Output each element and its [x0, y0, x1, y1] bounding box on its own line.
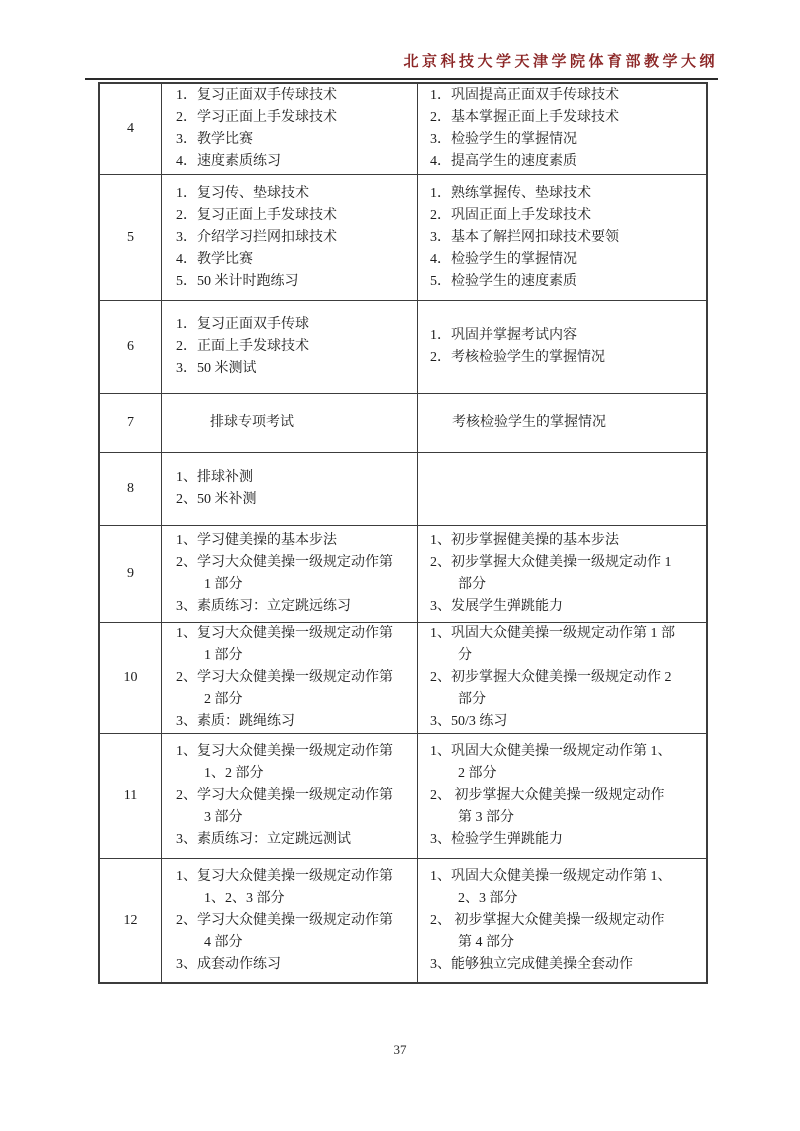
list-item: 2、 初步掌握大众健美操一级规定动作第 3 部分 [430, 785, 676, 829]
list-item: 1．巩固提高正面双手传球技术 [430, 85, 676, 107]
teaching-content-cell: 1、复习大众健美操一级规定动作第 1、2 部分 2、学习大众健美操一级规定动作第… [162, 734, 418, 858]
list-item: 考核检验学生的掌握情况 [430, 412, 676, 434]
teaching-content-cell: 1、复习大众健美操一级规定动作第 1 部分 2、学习大众健美操一级规定动作第 2… [162, 623, 418, 733]
list-item: 2、初步掌握大众健美操一级规定动作 1 部分 [430, 552, 676, 596]
list-item: 3、素质练习：立定跳远测试 [176, 829, 401, 851]
list-item: 3、素质：跳绳练习 [176, 711, 401, 733]
list-item: 3．介绍学习拦网扣球技术 [176, 227, 401, 249]
list-item: 2．巩固正面上手发球技术 [430, 205, 676, 227]
list-item: 2、学习大众健美操一级规定动作第 4 部分 [176, 910, 401, 954]
teaching-objectives-cell: 1．巩固并掌握考试内容 2．考核检验学生的掌握情况 [418, 301, 706, 393]
list-item: 1、巩固大众健美操一级规定动作第 1 部分 [430, 623, 676, 667]
teaching-objectives-cell: 1．熟练掌握传、垫球技术 2．巩固正面上手发球技术 3．基本了解拦网扣球技术要领… [418, 175, 706, 300]
week-number: 11 [100, 734, 162, 858]
document-title: 北京科技大学天津学院体育部教学大纲 [85, 50, 718, 80]
list-item: 4．检验学生的掌握情况 [430, 249, 676, 271]
teaching-content-cell: 1．复习正面双手传球技术 2．学习正面上手发球技术 3．教学比赛 4．速度素质练… [162, 84, 418, 174]
list-item: 1．熟练掌握传、垫球技术 [430, 183, 676, 205]
teaching-objectives-cell: 1、巩固大众健美操一级规定动作第 1、2、3 部分 2、 初步掌握大众健美操一级… [418, 859, 706, 982]
table-row: 12 1、复习大众健美操一级规定动作第 1、2、3 部分 2、学习大众健美操一级… [100, 858, 706, 982]
table-row: 11 1、复习大众健美操一级规定动作第 1、2 部分 2、学习大众健美操一级规定… [100, 733, 706, 858]
list-item: 1、巩固大众健美操一级规定动作第 1、2、3 部分 [430, 866, 676, 910]
list-item: 3、发展学生弹跳能力 [430, 596, 676, 618]
list-item: 1、复习大众健美操一级规定动作第 1 部分 [176, 623, 401, 667]
list-item: 1、巩固大众健美操一级规定动作第 1、2 部分 [430, 741, 676, 785]
list-item: 2．基本掌握正面上手发球技术 [430, 107, 676, 129]
list-item: 2、学习大众健美操一级规定动作第 3 部分 [176, 785, 401, 829]
teaching-objectives-cell: 1、初步掌握健美操的基本步法 2、初步掌握大众健美操一级规定动作 1 部分 3、… [418, 526, 706, 622]
table-row: 8 1、排球补测 2、50 米补测 [100, 452, 706, 525]
list-item: 2、 初步掌握大众健美操一级规定动作 第 4 部分 [430, 910, 676, 954]
teaching-content-cell: 1、复习大众健美操一级规定动作第 1、2、3 部分 2、学习大众健美操一级规定动… [162, 859, 418, 982]
teaching-objectives-cell: 1、巩固大众健美操一级规定动作第 1 部分 2、初步掌握大众健美操一级规定动作 … [418, 623, 706, 733]
week-number: 7 [100, 394, 162, 452]
list-item: 2、初步掌握大众健美操一级规定动作 2 部分 [430, 667, 676, 711]
list-item: 3．检验学生的掌握情况 [430, 129, 676, 151]
list-item: 2、50 米补测 [176, 489, 401, 511]
list-item: 1．复习正面双手传球技术 [176, 85, 401, 107]
list-item: 2、学习大众健美操一级规定动作第 1 部分 [176, 552, 401, 596]
teaching-content-cell: 1．复习正面双手传球 2．正面上手发球技术 3．50 米测试 [162, 301, 418, 393]
list-item: 3．50 米测试 [176, 358, 401, 380]
list-item: 3、能够独立完成健美操全套动作 [430, 954, 676, 976]
list-item: 3、检验学生弹跳能力 [430, 829, 676, 851]
list-item: 5．50 米计时跑练习 [176, 271, 401, 293]
week-number: 5 [100, 175, 162, 300]
week-number: 10 [100, 623, 162, 733]
list-item: 1、初步掌握健美操的基本步法 [430, 530, 676, 552]
table-row: 4 1．复习正面双手传球技术 2．学习正面上手发球技术 3．教学比赛 4．速度素… [100, 84, 706, 174]
list-item: 2、学习大众健美操一级规定动作第 2 部分 [176, 667, 401, 711]
teaching-content-cell: 1、排球补测 2、50 米补测 [162, 453, 418, 525]
teaching-objectives-cell [418, 453, 706, 525]
list-item: 1、复习大众健美操一级规定动作第 1、2 部分 [176, 741, 401, 785]
list-item: 4．提高学生的速度素质 [430, 151, 676, 173]
document-page: 北京科技大学天津学院体育部教学大纲 4 1．复习正面双手传球技术 2．学习正面上… [0, 0, 800, 1131]
list-item: 2．正面上手发球技术 [176, 336, 401, 358]
teaching-objectives-cell: 1．巩固提高正面双手传球技术 2．基本掌握正面上手发球技术 3．检验学生的掌握情… [418, 84, 706, 174]
list-item: 1．巩固并掌握考试内容 [430, 325, 676, 347]
list-item: 2．复习正面上手发球技术 [176, 205, 401, 227]
teaching-objectives-cell: 考核检验学生的掌握情况 [418, 394, 706, 452]
table-row: 9 1、学习健美操的基本步法 2、学习大众健美操一级规定动作第 1 部分 3、素… [100, 525, 706, 622]
table-row: 10 1、复习大众健美操一级规定动作第 1 部分 2、学习大众健美操一级规定动作… [100, 622, 706, 733]
week-number: 12 [100, 859, 162, 982]
week-number: 8 [100, 453, 162, 525]
list-item: 2．考核检验学生的掌握情况 [430, 347, 676, 369]
list-item: 1．复习正面双手传球 [176, 314, 401, 336]
teaching-content-cell: 排球专项考试 [162, 394, 418, 452]
teaching-objectives-cell: 1、巩固大众健美操一级规定动作第 1、2 部分 2、 初步掌握大众健美操一级规定… [418, 734, 706, 858]
list-item: 4．教学比赛 [176, 249, 401, 271]
list-item: 2．学习正面上手发球技术 [176, 107, 401, 129]
week-number: 6 [100, 301, 162, 393]
list-item: 1、复习大众健美操一级规定动作第 1、2、3 部分 [176, 866, 401, 910]
list-item: 1、排球补测 [176, 467, 401, 489]
list-item: 4．速度素质练习 [176, 151, 401, 173]
week-number: 9 [100, 526, 162, 622]
table-row: 5 1．复习传、垫球技术 2．复习正面上手发球技术 3．介绍学习拦网扣球技术 4… [100, 174, 706, 300]
syllabus-table: 4 1．复习正面双手传球技术 2．学习正面上手发球技术 3．教学比赛 4．速度素… [98, 82, 708, 984]
table-row: 6 1．复习正面双手传球 2．正面上手发球技术 3．50 米测试 1．巩固并掌握… [100, 300, 706, 393]
list-item: 5．检验学生的速度素质 [430, 271, 676, 293]
list-item: 3、素质练习：立定跳远练习 [176, 596, 401, 618]
list-item: 3．教学比赛 [176, 129, 401, 151]
table-row: 7 排球专项考试 考核检验学生的掌握情况 [100, 393, 706, 452]
list-item: 1．复习传、垫球技术 [176, 183, 401, 205]
page-number: 37 [0, 1042, 800, 1058]
week-number: 4 [100, 84, 162, 174]
list-item: 排球专项考试 [176, 412, 401, 434]
list-item: 3．基本了解拦网扣球技术要领 [430, 227, 676, 249]
list-item: 3、50/3 练习 [430, 711, 676, 733]
teaching-content-cell: 1、学习健美操的基本步法 2、学习大众健美操一级规定动作第 1 部分 3、素质练… [162, 526, 418, 622]
list-item: 3、成套动作练习 [176, 954, 401, 976]
teaching-content-cell: 1．复习传、垫球技术 2．复习正面上手发球技术 3．介绍学习拦网扣球技术 4．教… [162, 175, 418, 300]
list-item: 1、学习健美操的基本步法 [176, 530, 401, 552]
